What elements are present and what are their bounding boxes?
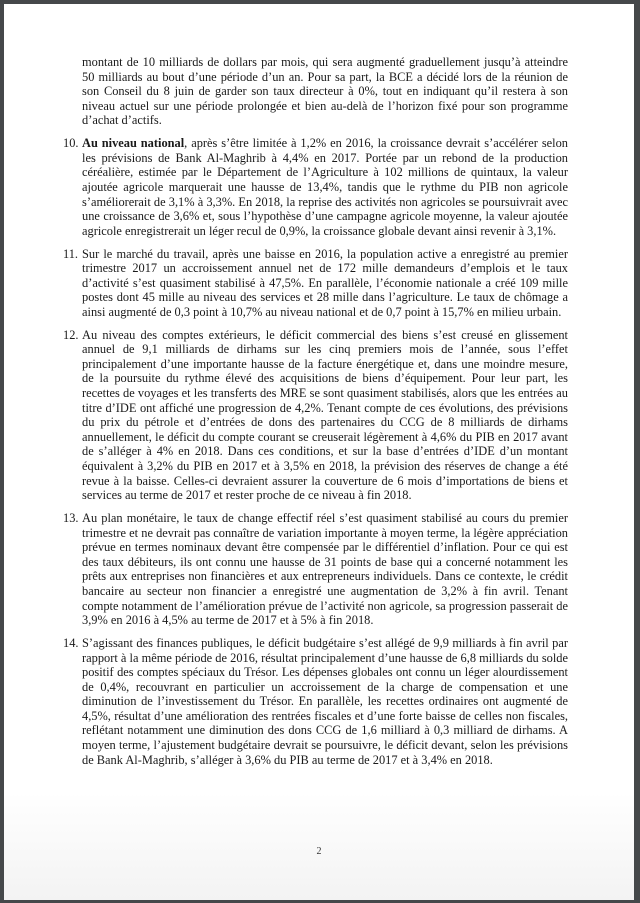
document-page: montant de 10 milliards de dollars par m… [4,4,634,900]
paragraph-text: montant de 10 milliards de dollars par m… [82,55,568,127]
page-number: 2 [4,846,634,857]
paragraph-text: S’agissant des finances publiques, le dé… [82,636,568,767]
paragraph-11: 11.Sur le marché du travail, après une b… [82,247,568,320]
paragraph-number: 13. [63,511,79,526]
paragraph-text: , après s’être limitée à 1,2% en 2016, l… [82,136,568,238]
paragraph-12: 12.Au niveau des comptes extérieurs, le … [82,328,568,503]
paragraph-number: 11. [63,247,78,262]
paragraph-14: 14.S’agissant des finances publiques, le… [82,636,568,767]
paragraph-lead-bold: Au niveau national [82,136,184,150]
paragraph-13: 13.Au plan monétaire, le taux de change … [82,511,568,628]
paragraph-number: 14. [63,636,79,651]
paragraph-number: 10. [63,136,79,151]
paragraph-text: Au plan monétaire, le taux de change eff… [82,511,568,627]
paragraph-10: 10.Au niveau national, après s’être limi… [82,136,568,238]
paragraph-text: Sur le marché du travail, après une bais… [82,247,568,319]
document-body: montant de 10 milliards de dollars par m… [82,55,568,775]
paragraph-continuation: montant de 10 milliards de dollars par m… [82,55,568,128]
paragraph-text: Au niveau des comptes extérieurs, le déf… [82,328,568,503]
paragraph-number: 12. [63,328,79,343]
